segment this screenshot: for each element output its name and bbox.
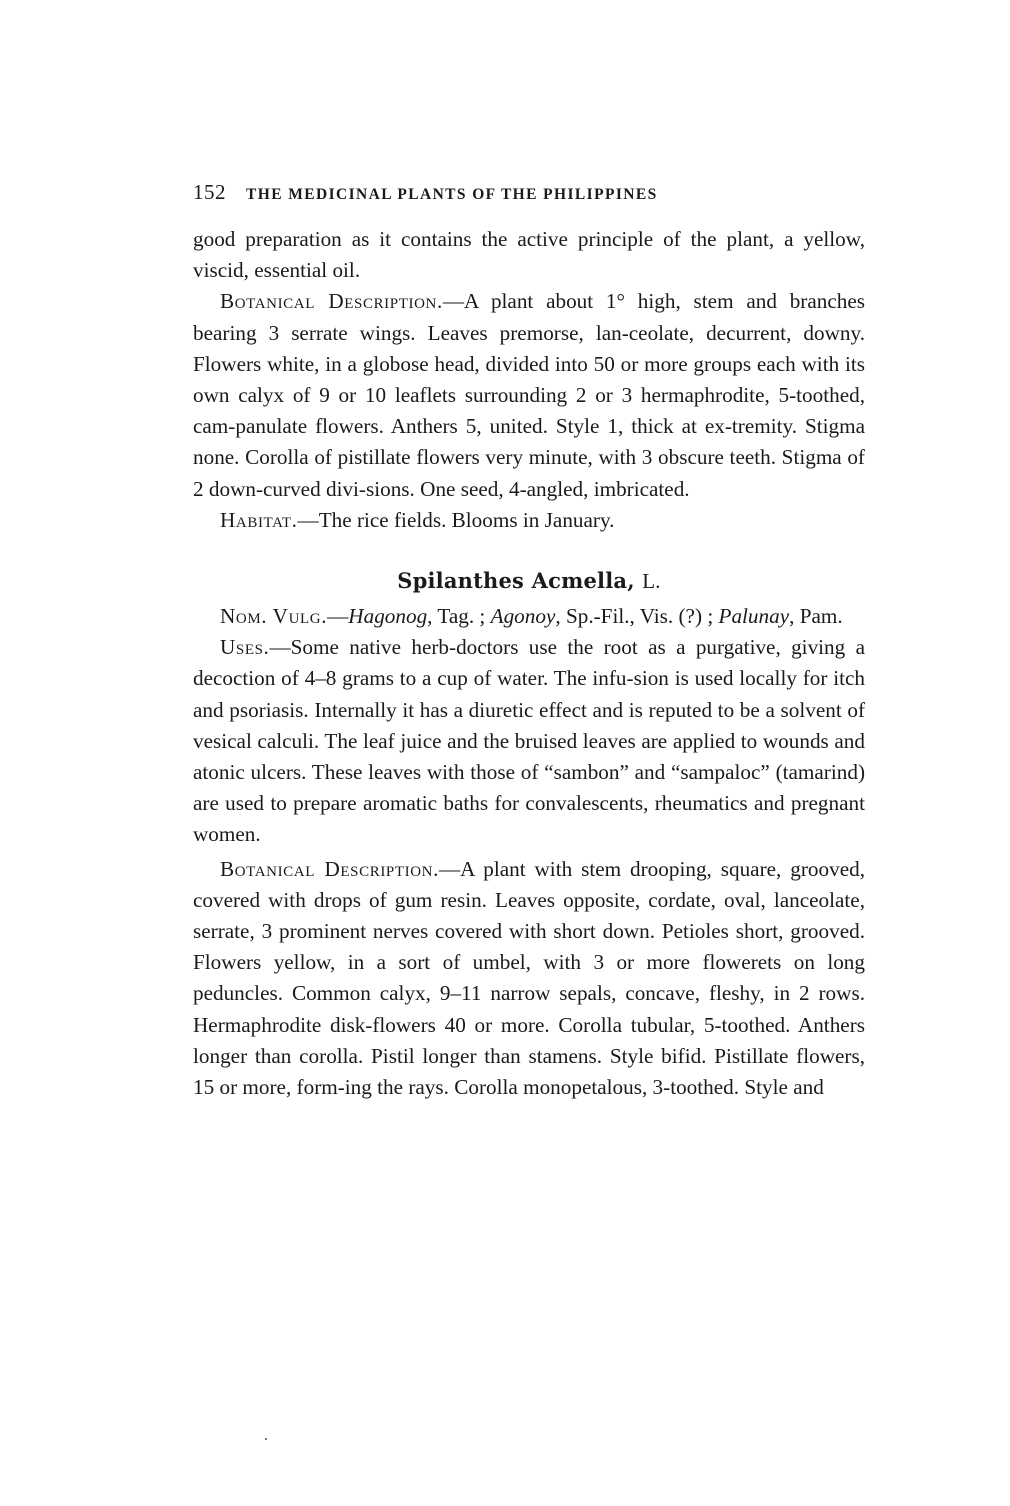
continuation-paragraph: good preparation as it contains the acti… xyxy=(193,224,865,286)
running-title: THE MEDICINAL PLANTS OF THE PHILIPPINES xyxy=(246,186,658,204)
vernacular-name-2: Agonoy xyxy=(491,604,556,628)
prev-habitat-label: Habitat. xyxy=(220,508,298,532)
nom-vulg-label: Nom. Vulg. xyxy=(220,604,327,628)
entry-species-name: Spilanthes Acmella, xyxy=(397,568,634,593)
botanical-label: Botanical Description. xyxy=(220,857,439,881)
vernacular-name-1: Hagonog xyxy=(348,604,427,628)
uses-label: Uses. xyxy=(220,635,269,659)
entry-title: Spilanthes Acmella, L. xyxy=(193,565,865,597)
prev-botanical-description: Botanical Description.—A plant about 1° … xyxy=(193,286,865,504)
botanical-description-paragraph: Botanical Description.—A plant with stem… xyxy=(193,854,865,1104)
botanical-text: —A plant with stem drooping, square, gro… xyxy=(193,857,865,1099)
vernacular-region-2: , Sp.-Fil., Vis. (?) ; xyxy=(555,604,718,628)
vernacular-region-1: , Tag. ; xyxy=(427,604,490,628)
vernacular-name-3: Palunay xyxy=(719,604,790,628)
prev-habitat: Habitat.—The rice fields. Blooms in Janu… xyxy=(193,505,865,536)
nom-vulg-dash: — xyxy=(327,604,348,628)
entry-author: L. xyxy=(642,569,660,593)
book-page: 152 THE MEDICINAL PLANTS OF THE PHILIPPI… xyxy=(193,180,865,1103)
running-head: 152 THE MEDICINAL PLANTS OF THE PHILIPPI… xyxy=(193,180,865,210)
page-number: 152 xyxy=(193,180,226,205)
nom-vulg-paragraph: Nom. Vulg.—Hagonog, Tag. ; Agonoy, Sp.-F… xyxy=(193,601,865,632)
uses-paragraph: Uses.—Some native herb-doctors use the r… xyxy=(193,632,865,850)
prev-botanical-label: Botanical Description. xyxy=(220,289,443,313)
prev-botanical-text: —A plant about 1° high, stem and branche… xyxy=(193,289,865,500)
vernacular-region-3: , Pam. xyxy=(789,604,843,628)
scan-speck xyxy=(265,1438,267,1440)
uses-text: —Some native herb-doctors use the root a… xyxy=(193,635,865,846)
prev-habitat-text: —The rice fields. Blooms in January. xyxy=(298,508,615,532)
